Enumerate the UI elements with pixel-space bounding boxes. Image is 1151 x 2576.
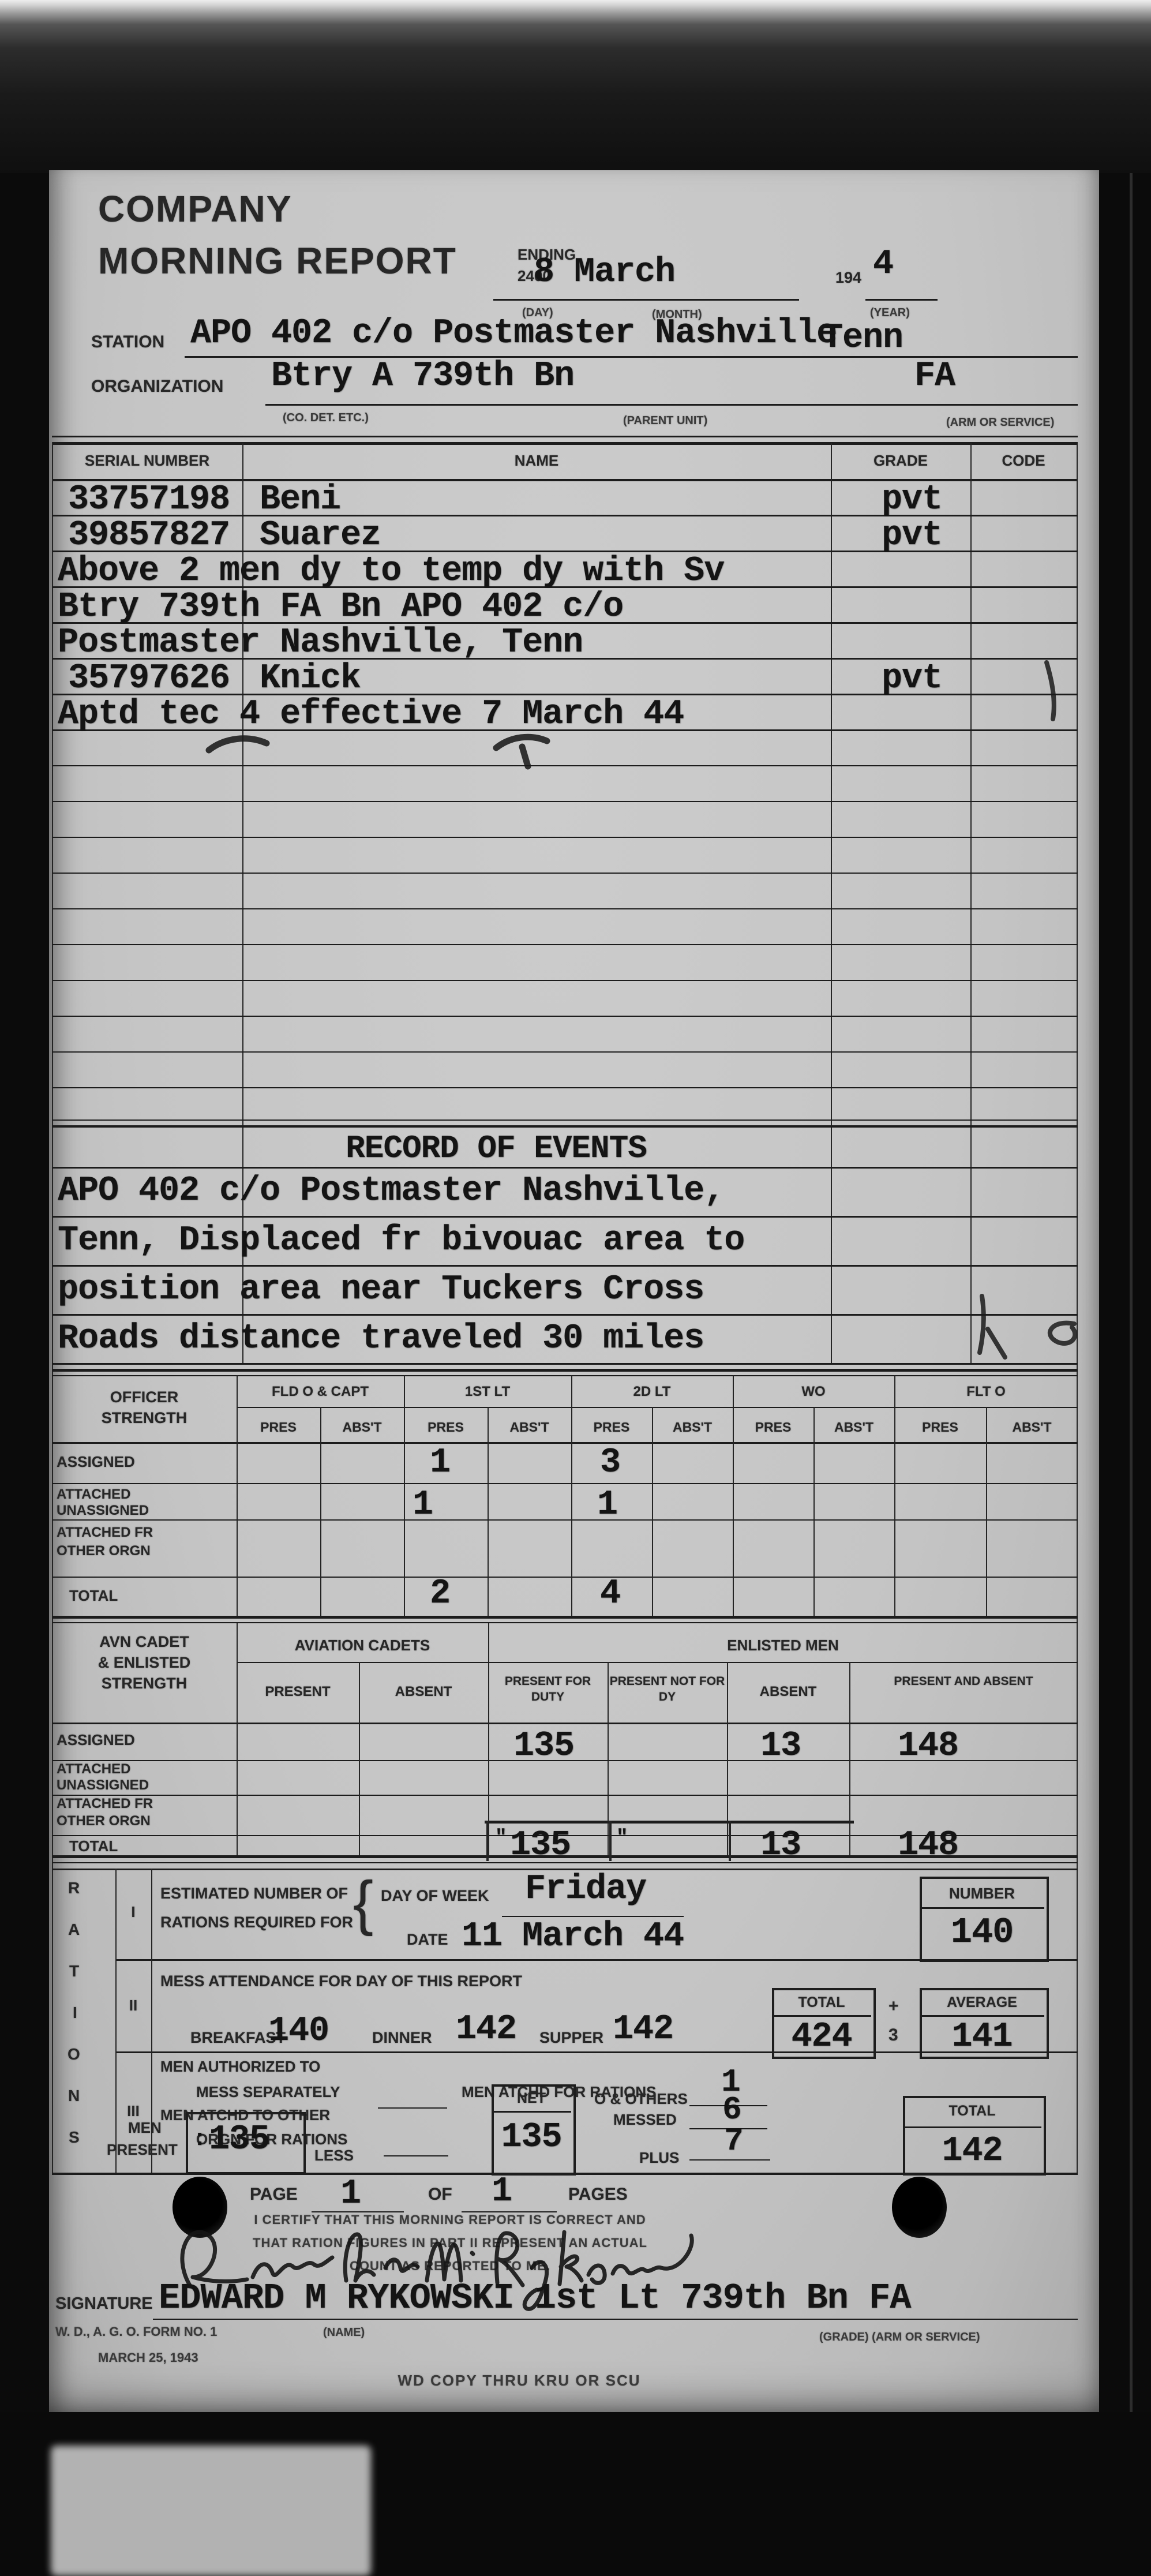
rule bbox=[493, 299, 799, 301]
mess-total-value: 424 bbox=[772, 2020, 871, 2054]
record-line: APO 402 c/o Postmaster Nashville, bbox=[58, 1174, 724, 1208]
cadet-row-label: ASSIGNED bbox=[57, 1732, 135, 1747]
officer-row-label: ATTACHED FR bbox=[57, 1526, 153, 1540]
roster-row-grade: pvt bbox=[882, 518, 942, 553]
officer-cell-value: 1 bbox=[597, 1488, 617, 1522]
microfilm-scan: COMPANY MORNING REPORT ENDING 2400 8 Mar… bbox=[0, 0, 1151, 2576]
unit-sub-label: (CO. DET. ETC.) bbox=[283, 412, 369, 424]
rations-letter: A bbox=[68, 1922, 80, 1938]
authorized-line2: MESS SEPARATELY bbox=[196, 2084, 340, 2099]
form-title-line2: MORNING REPORT bbox=[98, 242, 457, 279]
record-of-events-title: RECORD OF EVENTS bbox=[277, 1132, 715, 1165]
rule bbox=[865, 299, 938, 301]
mess-attendance-title: MESS ATTENDANCE FOR DAY OF THIS REPORT bbox=[160, 1974, 522, 1989]
officer-cell-value: 4 bbox=[600, 1577, 620, 1611]
rations-letter: I bbox=[73, 2005, 77, 2021]
year-prefix: 194 bbox=[835, 270, 861, 286]
enlisted-col: PRESENT NOT FOR DY bbox=[608, 1673, 727, 1705]
officer-row-label: ASSIGNED bbox=[57, 1454, 135, 1469]
cadet-row-label: OTHER ORGN bbox=[57, 1814, 151, 1828]
average-value: 141 bbox=[920, 2020, 1044, 2054]
record-line: Tenn, Displaced fr bivouac area to bbox=[58, 1223, 744, 1258]
station-value: APO 402 c/o Postmaster Nashville bbox=[190, 316, 837, 351]
station-label: STATION bbox=[91, 334, 164, 351]
enlisted-col: PRESENT FOR DUTY bbox=[488, 1673, 608, 1705]
roster-col-code: CODE bbox=[970, 453, 1077, 468]
name-sub-label: (NAME) bbox=[323, 2327, 365, 2338]
punch-hole-right bbox=[892, 2177, 947, 2238]
date-label: DATE bbox=[407, 1932, 448, 1948]
rations-letter: N bbox=[68, 2088, 80, 2104]
officer-group: FLT O bbox=[894, 1385, 1078, 1399]
net-value: 135 bbox=[492, 2120, 571, 2155]
grade-sub-label: (GRADE) (ARM OR SERVICE) bbox=[819, 2331, 980, 2343]
roster-row-remark: Postmaster Nashville, Tenn bbox=[58, 626, 583, 660]
officer-corner-line2: STRENGTH bbox=[52, 1410, 237, 1426]
page-value: 1 bbox=[340, 2177, 361, 2211]
cadet-row-label: ATTACHED FR bbox=[57, 1797, 153, 1811]
page-label: PAGE bbox=[250, 2186, 298, 2203]
rule bbox=[265, 404, 1078, 406]
enlisted-total-value: 148 bbox=[898, 1828, 958, 1863]
breakfast-value: 140 bbox=[268, 2014, 329, 2049]
ditto-mark: " bbox=[616, 1828, 627, 1848]
pages-value: 1 bbox=[492, 2174, 512, 2209]
of-label: OF bbox=[428, 2186, 452, 2203]
officer-cell-value: 3 bbox=[600, 1446, 620, 1480]
officer-row-label: TOTAL bbox=[69, 1588, 118, 1603]
day-of-week-value: Friday bbox=[525, 1872, 646, 1907]
year-value: 4 bbox=[873, 247, 893, 282]
year-label: (YEAR) bbox=[870, 307, 910, 319]
roster-row-remark: Btry 739th FA Bn APO 402 c/o bbox=[58, 590, 623, 624]
number-value: 140 bbox=[920, 1915, 1044, 1950]
cadet-corner-line3: STRENGTH bbox=[52, 1676, 237, 1691]
roster-col-name: NAME bbox=[242, 453, 831, 468]
others-line2: MESSED bbox=[613, 2112, 677, 2127]
officer-group: WO bbox=[733, 1385, 894, 1399]
rations-total-value: 142 bbox=[903, 2134, 1041, 2169]
divide-by: 3 bbox=[888, 2027, 898, 2044]
officer-group: FLD O & CAPT bbox=[237, 1385, 404, 1399]
stray-mark: : bbox=[193, 2128, 206, 2151]
report-date-value: 8 March bbox=[534, 255, 675, 290]
officer-cell-value: 2 bbox=[430, 1577, 450, 1611]
enlisted-men-group: ENLISTED MEN bbox=[488, 1638, 1078, 1653]
officer-sub: PRES bbox=[404, 1421, 488, 1434]
enlisted-total-value: 135 bbox=[510, 1828, 571, 1863]
officer-corner-line1: OFFICER bbox=[52, 1390, 237, 1405]
organization-label: ORGANIZATION bbox=[91, 378, 223, 395]
roster-row-name: Knick bbox=[260, 661, 361, 696]
rations-letter: S bbox=[69, 2129, 80, 2146]
rations-numeral-2: II bbox=[115, 1998, 151, 2013]
estimated-rations-line1: ESTIMATED NUMBER OF bbox=[160, 1886, 348, 1901]
enlisted-total-value: 13 bbox=[760, 1828, 801, 1863]
arm-of-service-value: FA bbox=[914, 359, 955, 394]
aviation-cadets-group: AVIATION CADETS bbox=[237, 1638, 488, 1653]
cadet-row-label: UNASSIGNED bbox=[57, 1779, 149, 1792]
form-id-line2: MARCH 25, 1943 bbox=[98, 2352, 198, 2364]
plus-value: 7 bbox=[724, 2125, 743, 2157]
others-messed-value: 6 bbox=[722, 2094, 741, 2126]
plus-label: PLUS bbox=[639, 2150, 679, 2165]
officer-sub: PRES bbox=[733, 1421, 813, 1434]
rations-letter: T bbox=[69, 1963, 79, 1979]
officer-row-label: UNASSIGNED bbox=[57, 1504, 149, 1518]
roster-row-name: Beni bbox=[260, 482, 340, 517]
enlisted-col: ABSENT bbox=[727, 1685, 849, 1699]
roster-row-grade: pvt bbox=[882, 482, 942, 517]
roster-row-grade: pvt bbox=[882, 661, 942, 696]
form-title-line1: COMPANY bbox=[98, 190, 292, 227]
men-present-value: 135 bbox=[209, 2122, 269, 2157]
rations-letter: O bbox=[68, 2046, 80, 2062]
men-present-line2: PRESENT bbox=[107, 2142, 178, 2157]
cadet-corner-line1: AVN CADET bbox=[52, 1634, 237, 1650]
pages-label: PAGES bbox=[568, 2186, 628, 2203]
rations-letter: R bbox=[68, 1880, 80, 1896]
brace: { bbox=[353, 1873, 373, 1933]
organization-value: Btry A 739th Bn bbox=[271, 359, 574, 394]
film-edge-line bbox=[1130, 173, 1133, 2412]
dinner-value: 142 bbox=[456, 2012, 516, 2047]
cadet-col: ABSENT bbox=[359, 1685, 488, 1699]
enlisted-col: PRESENT AND ABSENT bbox=[849, 1673, 1078, 1689]
cadet-row-label: TOTAL bbox=[69, 1839, 118, 1854]
officer-group: 1ST LT bbox=[404, 1385, 571, 1399]
distribution-note: WD COPY THRU KRU OR SCU bbox=[288, 2373, 750, 2388]
officer-sub: ABS'T bbox=[652, 1421, 733, 1434]
parent-unit-sub-label: (PARENT UNIT) bbox=[623, 415, 707, 426]
enlisted-cell-value: 13 bbox=[760, 1729, 801, 1763]
officer-sub: PRES bbox=[571, 1421, 652, 1434]
day-of-week-label: DAY OF WEEK bbox=[381, 1888, 489, 1904]
certification-line3: COUNT AS REPORTED TO ME. bbox=[219, 2260, 681, 2272]
men-present-line1: MEN bbox=[128, 2120, 162, 2135]
form-id-line1: W. D., A. G. O. FORM NO. 1 bbox=[55, 2326, 217, 2338]
film-bottom-notch bbox=[51, 2446, 371, 2576]
roster-row-serial: 33757198 bbox=[68, 482, 230, 517]
certification-line1: I CERTIFY THAT THIS MORNING REPORT IS CO… bbox=[219, 2214, 681, 2226]
roster-col-serial: SERIAL NUMBER bbox=[52, 453, 242, 468]
roster-row-serial: 35797626 bbox=[68, 661, 230, 696]
rations-numeral-1: I bbox=[115, 1904, 151, 1919]
roster-row-name: Suarez bbox=[260, 518, 381, 553]
officer-cell-value: 1 bbox=[413, 1488, 433, 1522]
ditto-mark: " bbox=[495, 1828, 506, 1848]
officer-row-label: ATTACHED bbox=[57, 1488, 130, 1502]
mess-total-label: TOTAL bbox=[772, 1995, 871, 2010]
supper-label: SUPPER bbox=[539, 2030, 603, 2046]
number-label: NUMBER bbox=[920, 1886, 1044, 1901]
less-label: LESS bbox=[314, 2148, 354, 2163]
divide-sign: + bbox=[888, 1998, 899, 2015]
officer-sub: ABS'T bbox=[813, 1421, 894, 1434]
enlisted-cell-value: 135 bbox=[513, 1729, 574, 1763]
roster-row-remark: Aptd tec 4 effective 7 March 44 bbox=[58, 697, 684, 732]
cadet-row-label: ATTACHED bbox=[57, 1762, 130, 1776]
net-label: NET bbox=[492, 2091, 571, 2106]
officer-row-label: OTHER ORGN bbox=[57, 1544, 151, 1558]
record-line: position area near Tuckers Cross bbox=[58, 1272, 704, 1307]
cadet-corner-line2: & ENLISTED bbox=[52, 1655, 237, 1671]
signature-label: SIGNATURE bbox=[55, 2296, 153, 2312]
roster-row-serial: 39857827 bbox=[68, 518, 230, 553]
officer-cell-value: 1 bbox=[430, 1446, 450, 1480]
certification-line2: THAT RATION FIGURES IN PART II REPRESENT… bbox=[219, 2237, 681, 2249]
cadet-col: PRESENT bbox=[237, 1685, 359, 1699]
officer-sub: ABS'T bbox=[488, 1421, 571, 1434]
officer-sub: PRES bbox=[237, 1421, 320, 1434]
rations-total-label: TOTAL bbox=[903, 2104, 1041, 2118]
estimated-rations-line2: RATIONS REQUIRED FOR bbox=[160, 1915, 353, 1930]
signature-typed-value: EDWARD M RYKOWSKI 1st Lt 739th Bn FA bbox=[159, 2281, 910, 2316]
roster-col-grade: GRADE bbox=[831, 453, 970, 468]
officer-sub: ABS'T bbox=[320, 1421, 404, 1434]
rations-date-value: 11 March 44 bbox=[462, 1919, 684, 1954]
officer-sub: ABS'T bbox=[986, 1421, 1078, 1434]
record-line: Roads distance traveled 30 miles bbox=[58, 1321, 704, 1356]
officer-sub: PRES bbox=[894, 1421, 986, 1434]
authorized-line1: MEN AUTHORIZED TO bbox=[160, 2059, 320, 2074]
roster-row-remark: Above 2 men dy to temp dy with Sv bbox=[58, 554, 724, 589]
supper-value: 142 bbox=[613, 2012, 673, 2047]
film-top-band bbox=[0, 0, 1151, 173]
average-label: AVERAGE bbox=[920, 1995, 1044, 2010]
enlisted-cell-value: 148 bbox=[898, 1729, 958, 1763]
rations-numeral-3: III bbox=[115, 2103, 151, 2118]
officer-group: 2D LT bbox=[571, 1385, 733, 1399]
punch-hole-left bbox=[173, 2177, 227, 2238]
others-line1: O & OTHERS bbox=[594, 2091, 688, 2106]
dinner-label: DINNER bbox=[372, 2030, 432, 2046]
arm-sub-label: (ARM OR SERVICE) bbox=[946, 417, 1054, 428]
